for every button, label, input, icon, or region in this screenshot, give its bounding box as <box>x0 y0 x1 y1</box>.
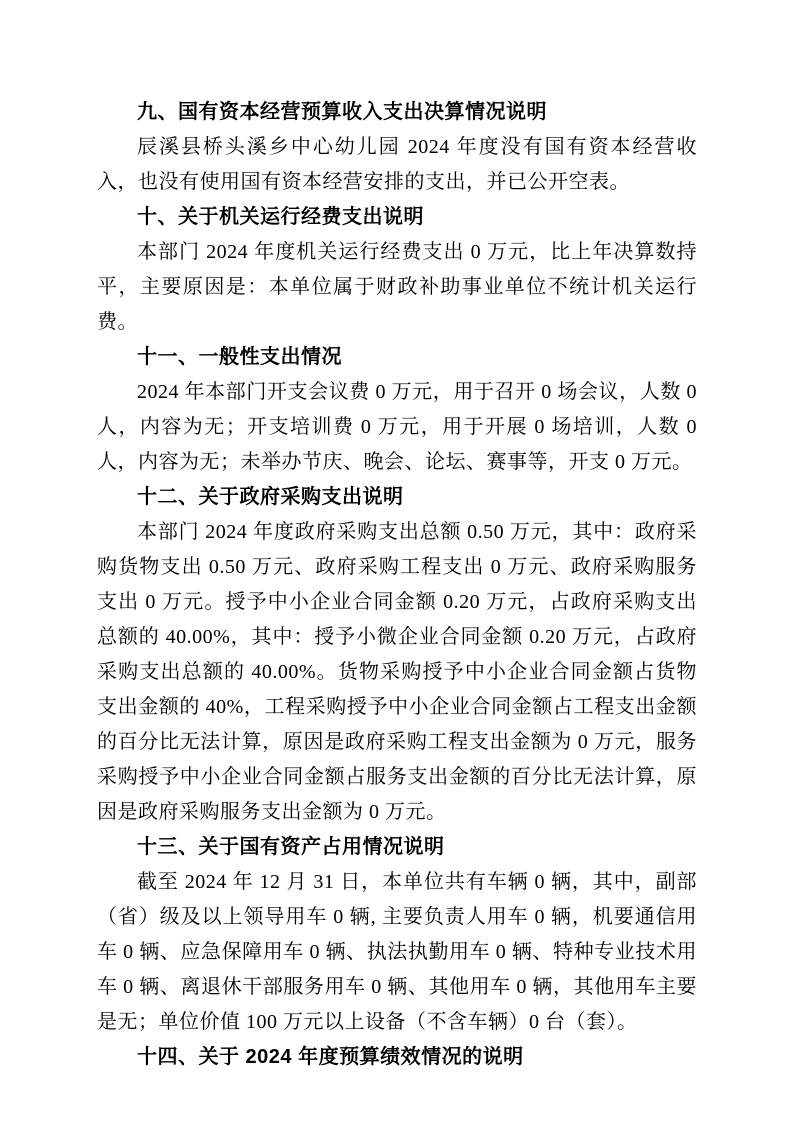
section-heading: 九、国有资本经营预算收入支出决算情况说明 <box>97 95 697 130</box>
paragraph: 本部门 2024 年度政府采购支出总额 0.50 万元，其中：政府采购货物支出 … <box>97 515 697 830</box>
section-budget-performance: 十四、关于 2024 年度预算绩效情况的说明 <box>97 1040 697 1075</box>
section-state-asset-occupancy: 十三、关于国有资产占用情况说明 截至 2024 年 12 月 31 日，本单位共… <box>97 830 697 1040</box>
section-state-capital-budget: 九、国有资本经营预算收入支出决算情况说明 辰溪县桥头溪乡中心幼儿园 2024 年… <box>97 95 697 200</box>
document-page: 九、国有资本经营预算收入支出决算情况说明 辰溪县桥头溪乡中心幼儿园 2024 年… <box>0 0 793 1122</box>
section-heading: 十四、关于 2024 年度预算绩效情况的说明 <box>97 1040 697 1075</box>
section-heading: 十二、关于政府采购支出说明 <box>97 480 697 515</box>
section-general-expenditure: 十一、一般性支出情况 2024 年本部门开支会议费 0 万元，用于召开 0 场会… <box>97 340 697 480</box>
paragraph: 2024 年本部门开支会议费 0 万元，用于召开 0 场会议，人数 0 人，内容… <box>97 375 697 480</box>
section-heading: 十一、一般性支出情况 <box>97 340 697 375</box>
section-heading: 十、关于机关运行经费支出说明 <box>97 200 697 235</box>
paragraph: 本部门 2024 年度机关运行经费支出 0 万元，比上年决算数持平，主要原因是：… <box>97 235 697 340</box>
section-government-procurement: 十二、关于政府采购支出说明 本部门 2024 年度政府采购支出总额 0.50 万… <box>97 480 697 830</box>
section-heading: 十三、关于国有资产占用情况说明 <box>97 830 697 865</box>
paragraph: 截至 2024 年 12 月 31 日，本单位共有车辆 0 辆，其中，副部（省）… <box>97 865 697 1040</box>
section-agency-operating-expense: 十、关于机关运行经费支出说明 本部门 2024 年度机关运行经费支出 0 万元，… <box>97 200 697 340</box>
paragraph: 辰溪县桥头溪乡中心幼儿园 2024 年度没有国有资本经营收入，也没有使用国有资本… <box>97 130 697 200</box>
